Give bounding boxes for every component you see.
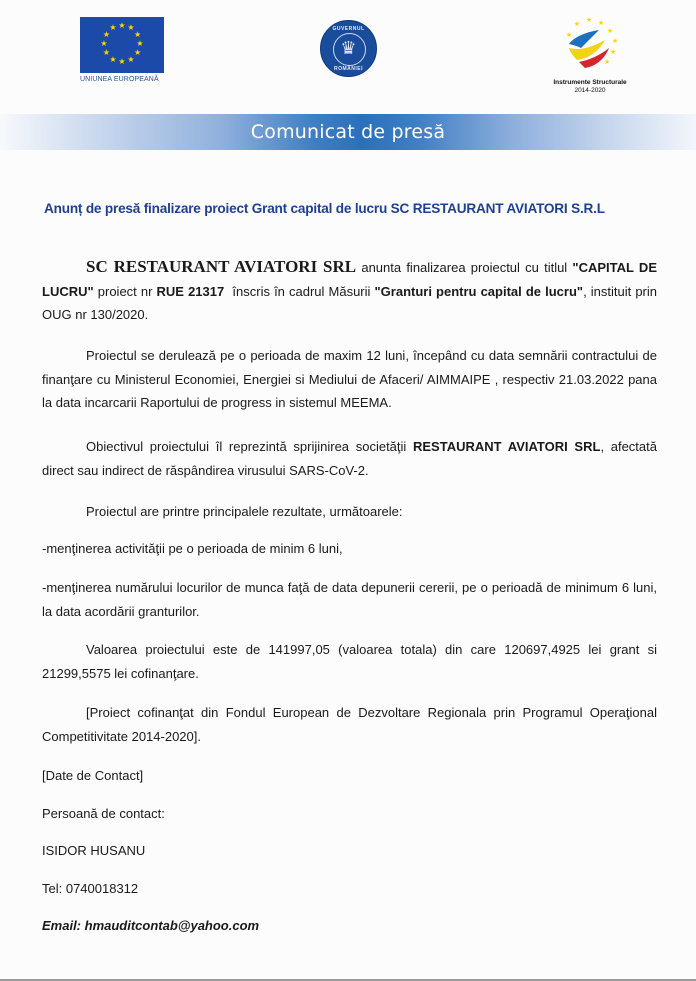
structural-instruments-logo: ★ ★ ★ ★ ★ ★ ★ ★ Instrumente Structurale … <box>545 14 635 95</box>
contact-heading: [Date de Contact] <box>42 764 657 788</box>
press-release-page: ★★★★★★★★★★★★ UNIUNEA EUROPEANĂ GUVERNUL … <box>0 0 696 979</box>
svg-text:★: ★ <box>612 37 618 45</box>
paragraph-objective: Obiectivul proiectului îl reprezintă spr… <box>42 435 657 482</box>
company-name: SC RESTAURANT AVIATORI SRL <box>86 257 356 276</box>
svg-text:★: ★ <box>610 48 616 56</box>
svg-text:★: ★ <box>586 16 592 24</box>
result-item: -menţinerea activităţii pe o perioada de… <box>42 537 657 561</box>
eu-star-icon: ★ <box>134 31 142 39</box>
paragraph-results-intro: Proiectul are printre principalele rezul… <box>42 500 657 524</box>
contact-phone: Tel: 0740018312 <box>42 877 657 901</box>
eu-flag-icon: ★★★★★★★★★★★★ <box>80 17 164 73</box>
paragraph-intro: SC RESTAURANT AVIATORI SRL anunta finali… <box>42 255 657 327</box>
structural-instruments-icon: ★ ★ ★ ★ ★ ★ ★ ★ <box>555 14 625 74</box>
headline: Anunț de presă finalizare proiect Grant … <box>44 201 684 216</box>
project-number: RUE 21317 <box>157 284 225 299</box>
svg-text:★: ★ <box>574 20 580 28</box>
measure-name: "Granturi pentru capital de lucru" <box>375 284 584 299</box>
gov-seal-bottom-text: ROMÂNIEI <box>321 66 376 72</box>
svg-text:★: ★ <box>566 31 572 39</box>
coat-of-arms-icon: ♛ <box>340 36 357 60</box>
contact-person-label: Persoană de contact: <box>42 802 657 826</box>
eu-star-icon: ★ <box>127 56 135 64</box>
is-logo-caption: Instrumente Structurale 2014-2020 <box>545 79 635 95</box>
press-release-banner: Comunicat de presă <box>0 114 696 150</box>
eu-star-icon: ★ <box>136 40 144 48</box>
eu-star-icon: ★ <box>118 58 126 66</box>
romanian-government-logo: GUVERNUL ♛ ROMÂNIEI <box>320 20 377 77</box>
eu-logo-caption: UNIUNEA EUROPEANĂ <box>80 76 165 83</box>
svg-text:★: ★ <box>598 19 604 27</box>
banner-title: Comunicat de presă <box>0 114 696 150</box>
contact-person-name: ISIDOR HUSANU <box>42 839 657 863</box>
objective-company: RESTAURANT AVIATORI SRL <box>413 439 600 454</box>
eu-star-icon: ★ <box>109 24 117 32</box>
svg-text:★: ★ <box>604 58 610 66</box>
svg-text:★: ★ <box>607 27 613 35</box>
eu-star-icon: ★ <box>118 22 126 30</box>
paragraph-value: Valoarea proiectului este de 141997,05 (… <box>42 638 657 685</box>
gov-seal-top-text: GUVERNUL <box>321 26 376 32</box>
paragraph-cofinancing: [Proiect cofinanţat din Fondul European … <box>42 701 657 748</box>
result-item: -menţinerea numărului locurilor de munca… <box>42 576 657 623</box>
eu-star-icon: ★ <box>102 49 110 57</box>
eu-star-icon: ★ <box>100 40 108 48</box>
eu-logo: ★★★★★★★★★★★★ UNIUNEA EUROPEANĂ <box>80 17 165 83</box>
paragraph-duration: Proiectul se derulează pe o perioada de … <box>42 344 657 415</box>
government-seal-icon: GUVERNUL ♛ ROMÂNIEI <box>320 20 377 77</box>
contact-email[interactable]: Email: hmauditcontab@yahoo.com <box>42 914 657 938</box>
